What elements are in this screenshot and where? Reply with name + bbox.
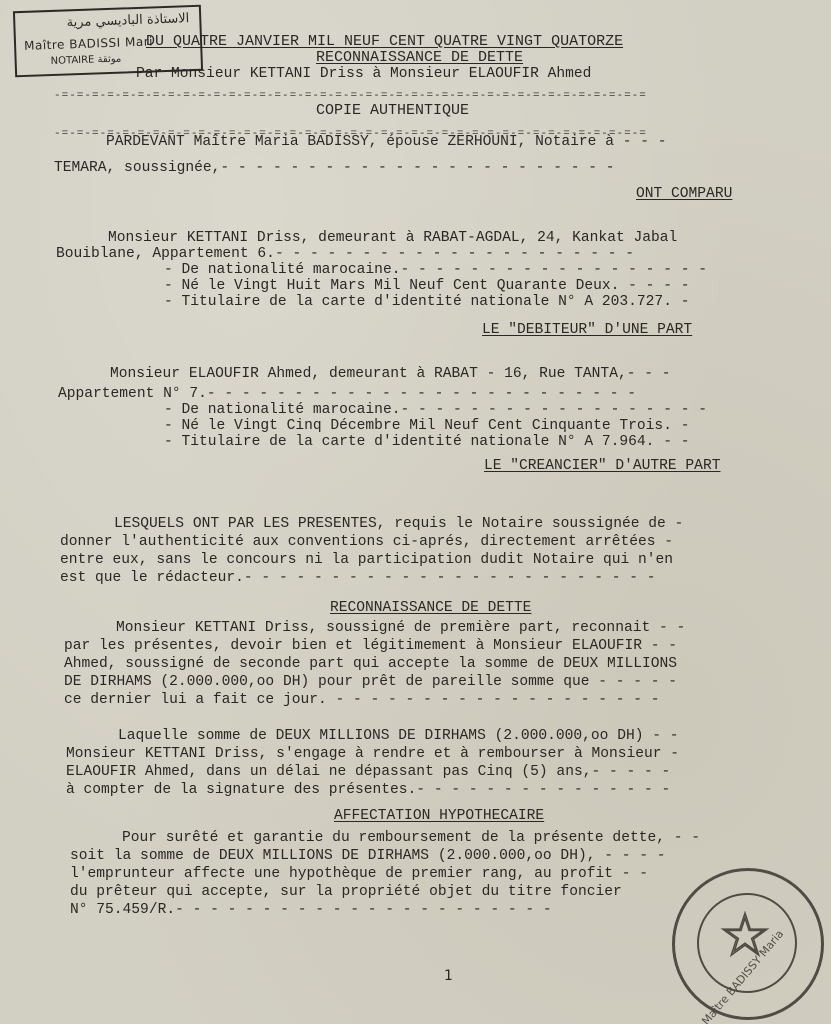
- date-line: DU QUATRE JANVIER MIL NEUF CENT QUATRE V…: [146, 34, 623, 50]
- stamp-title-text: NOTAIRE موثقة: [50, 54, 121, 67]
- intro-line-2: TEMARA, soussignée,- - - - - - - - - - -…: [54, 160, 615, 176]
- debt-line-4: DE DIRHAMS (2.000.000,oo DH) pour prêt d…: [64, 674, 677, 690]
- preamble-line-4: est que le rédacteur.- - - - - - - - - -…: [60, 570, 656, 586]
- copy-label: COPIE AUTHENTIQUE: [316, 103, 469, 119]
- intro-line-1: PARDEVANT Maître Maria BADISSY, épouse Z…: [106, 134, 667, 150]
- mortgage-line-2: soit la somme de DEUX MILLIONS DE DIRHAM…: [70, 848, 666, 864]
- preamble-line-2: donner l'authenticité aux conventions ci…: [60, 534, 673, 550]
- creditor-id: - Titulaire de la carte d'identité natio…: [164, 434, 689, 450]
- debtor-nationality: - De nationalité marocaine.- - - - - - -…: [164, 262, 707, 278]
- debtor-line-1: Monsieur KETTANI Driss, demeurant à RABA…: [108, 230, 677, 246]
- debtor-role-heading: LE "DEBITEUR" D'UNE PART: [482, 322, 692, 338]
- debt-line-5: ce dernier lui a fait ce jour. - - - - -…: [64, 692, 660, 708]
- debtor-birth: - Né le Vingt Huit Mars Mil Neuf Cent Qu…: [164, 278, 689, 294]
- mortgage-line-5: N° 75.459/R.- - - - - - - - - - - - - - …: [70, 902, 552, 918]
- document-title: RECONNAISSANCE DE DETTE: [316, 50, 523, 66]
- creditor-line-1: Monsieur ELAOUFIR Ahmed, demeurant à RAB…: [110, 366, 671, 382]
- debt-line-2: par les présentes, devoir bien et légiti…: [64, 638, 677, 654]
- mortgage-line-4: du prêteur qui accepte, sur la propriété…: [70, 884, 622, 900]
- repay-line-3: ELAOUFIR Ahmed, dans un délai ne dépassa…: [66, 764, 670, 780]
- page-number: 1: [444, 968, 453, 984]
- debt-line-1: Monsieur KETTANI Driss, soussigné de pre…: [116, 620, 685, 636]
- stamp-arabic-text: الاستاذة الباديسي مرية: [66, 11, 189, 30]
- parties-line: Par Monsieur KETTANI Driss à Monsieur EL…: [136, 66, 591, 82]
- stamp-name-text: Maître BADISSI Mari: [24, 34, 153, 52]
- mortgage-line-1: Pour surêté et garantie du remboursement…: [122, 830, 700, 846]
- creditor-line-2: Appartement N° 7.- - - - - - - - - - - -…: [58, 386, 636, 402]
- repay-line-1: Laquelle somme de DEUX MILLIONS DE DIRHA…: [118, 728, 679, 744]
- preamble-line-1: LESQUELS ONT PAR LES PRESENTES, requis l…: [114, 516, 683, 532]
- debtor-line-2: Bouiblane, Appartement 6.- - - - - - - -…: [56, 246, 634, 262]
- repay-line-4: à compter de la signature des présentes.…: [66, 782, 670, 798]
- mortgage-line-3: l'emprunteur affecte une hypothèque de p…: [70, 866, 648, 882]
- repay-line-2: Monsieur KETTANI Driss, s'engage à rendr…: [66, 746, 679, 762]
- document-page: الاستاذة الباديسي مرية Maître BADISSI Ma…: [0, 0, 831, 1024]
- debtor-id: - Titulaire de la carte d'identité natio…: [164, 294, 689, 310]
- creditor-role-heading: LE "CREANCIER" D'AUTRE PART: [484, 458, 720, 474]
- creditor-nationality: - De nationalité marocaine.- - - - - - -…: [164, 402, 707, 418]
- creditor-birth: - Né le Vingt Cinq Décembre Mil Neuf Cen…: [164, 418, 689, 434]
- notary-round-seal: ☆ Maître BADISSY Maria: [672, 868, 824, 1020]
- preamble-line-3: entre eux, sans le concours ni la partic…: [60, 552, 673, 568]
- debt-section-title: RECONNAISSANCE DE DETTE: [330, 600, 531, 616]
- mortgage-section-title: AFFECTATION HYPOTHECAIRE: [334, 808, 544, 824]
- debt-line-3: Ahmed, soussigné de seconde part qui acc…: [64, 656, 677, 672]
- ont-compare-heading: ONT COMPARU: [636, 186, 732, 202]
